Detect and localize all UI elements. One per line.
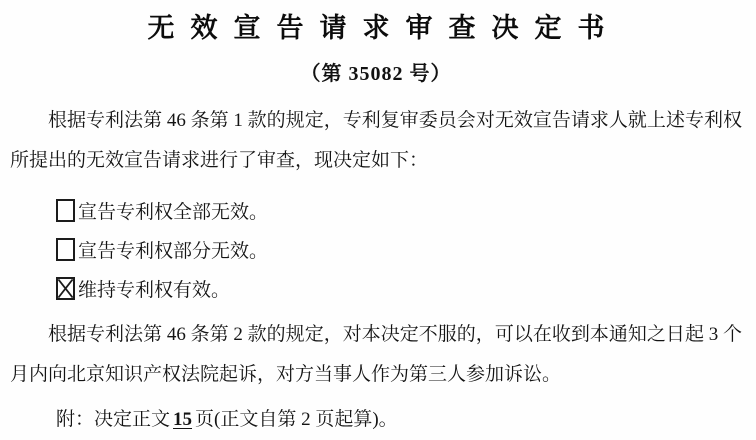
legal-basis-paragraph: 根据专利法第 46 条第 1 款的规定，专利复审委员会对无效宣告请求人就上述专利… (10, 101, 742, 181)
decision-document-page: 无效宣告请求审查决定书 （第 35082 号） 根据专利法第 46 条第 1 款… (0, 0, 756, 440)
checkbox-unchecked-icon (56, 199, 75, 222)
attachment-suffix: 页(正文自第 2 页起算)。 (195, 409, 398, 430)
decision-options-list: 宣告专利权全部无效。 宣告专利权部分无效。 维持专利权有效。 (10, 191, 742, 308)
option-maintain-patent-valid: 维持专利权有效。 (56, 269, 742, 308)
attachment-total-pages: 15 (170, 409, 195, 430)
option-label: 宣告专利权全部无效。 (78, 197, 268, 224)
option-label: 宣告专利权部分无效。 (78, 236, 268, 263)
checkbox-checked-icon (56, 277, 75, 300)
checkbox-unchecked-icon (56, 238, 75, 261)
attachment-prefix: 附：决定正文 (56, 409, 170, 430)
document-title: 无效宣告请求审查决定书 (10, 13, 742, 44)
option-label: 维持专利权有效。 (78, 275, 230, 302)
attachment-line: 附：决定正文15页(正文自第 2 页起算)。 (10, 404, 742, 436)
option-declare-all-invalid: 宣告专利权全部无效。 (56, 191, 742, 230)
x-mark-icon (58, 279, 73, 298)
option-declare-partially-invalid: 宣告专利权部分无效。 (56, 230, 742, 269)
appeal-rights-paragraph: 根据专利法第 46 条第 2 款的规定，对本决定不服的，可以在收到本通知之日起 … (10, 315, 742, 395)
document-number: （第 35082 号） (10, 61, 742, 87)
